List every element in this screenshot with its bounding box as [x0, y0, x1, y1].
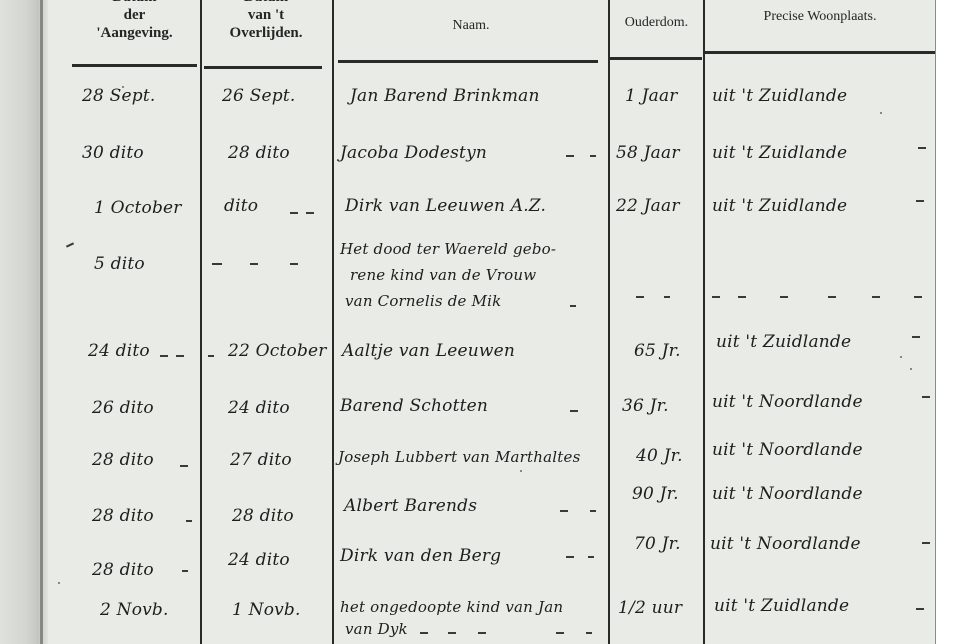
margin-mark: [66, 242, 74, 247]
filler-dash: [448, 632, 456, 634]
entry-6-naam: Barend Schotten: [340, 396, 488, 416]
filler-dash: [590, 510, 596, 512]
entry-10-naam-line-1: het ongedoopte kind van Jan: [340, 598, 563, 616]
entry-9-woonplaats: uit 't Noordlande: [710, 534, 861, 554]
filler-dash: [712, 296, 720, 298]
filler-dash: [570, 410, 578, 412]
entry-10-woonplaats: uit 't Zuidlande: [714, 596, 849, 616]
entry-9-ouderdom: 70 Jr.: [634, 534, 681, 554]
filler-dash: [556, 632, 564, 634]
filler-dash: [922, 396, 930, 398]
entry-4-naam-line-1: Het dood ter Waereld gebo-: [340, 240, 556, 258]
paper-speck: [880, 112, 882, 114]
filler-dash: [916, 200, 924, 202]
entry-9-naam: Dirk van den Berg: [340, 546, 501, 566]
paper-speck: [520, 470, 522, 472]
filler-dash: [914, 296, 922, 298]
entry-3-ouderdom: 22 Jaar: [616, 196, 680, 216]
filler-dash: [636, 296, 644, 298]
entry-2-overlijden: 28 dito: [228, 143, 290, 163]
filler-dash: [738, 296, 746, 298]
filler-dash: [780, 296, 788, 298]
filler-dash: [208, 355, 214, 357]
header-line: van 't: [204, 6, 328, 24]
filler-dash: [916, 608, 924, 610]
entry-7-naam: Joseph Lubbert van Marthaltes: [338, 448, 580, 466]
entry-8-aangeving: 28 dito: [92, 506, 154, 526]
entry-4-aangeving: 5 dito: [94, 254, 145, 274]
filler-dash: [186, 520, 192, 522]
entry-4-naam-line-3: van Cornelis de Mik: [345, 292, 501, 310]
entry-2-naam: Jacoba Dodestyn: [340, 143, 487, 163]
header-underline-overlijden: [204, 66, 322, 69]
filler-dash: [306, 212, 314, 214]
header-line: Ouderdom.: [610, 14, 703, 32]
entry-8-woonplaats: uit 't Noordlande: [712, 484, 863, 504]
entry-5-ouderdom: 65 Jr.: [634, 341, 681, 361]
entry-7-aangeving: 28 dito: [92, 450, 154, 470]
entry-2-ouderdom: 58 Jaar: [616, 143, 680, 163]
entry-4-naam-line-2: rene kind van de Vrouw: [350, 266, 536, 284]
filler-dash: [566, 155, 574, 157]
paper-speck: [122, 86, 124, 88]
filler-dash: [290, 263, 298, 265]
filler-dash: [872, 296, 880, 298]
entry-5-naam: Aaltje van Leeuwen: [342, 341, 515, 361]
entry-1-overlijden: 26 Sept.: [222, 86, 295, 106]
filler-dash: [590, 155, 596, 157]
filler-dash: [290, 212, 298, 214]
column-divider-3: [608, 0, 610, 644]
header-underline-aangeving: [72, 64, 197, 67]
header-datum-overlijden: Datum van 't Overlijden.: [204, 0, 328, 42]
entry-5-woonplaats: uit 't Zuidlande: [716, 332, 851, 352]
filler-dash: [922, 542, 930, 544]
entry-7-overlijden: 27 dito: [230, 450, 292, 470]
entry-6-woonplaats: uit 't Noordlande: [712, 392, 863, 412]
filler-dash: [828, 296, 836, 298]
page-right-edge: [935, 0, 936, 644]
paper-speck: [900, 356, 902, 358]
entry-6-overlijden: 24 dito: [228, 398, 290, 418]
header-naam: Naam.: [336, 17, 606, 35]
header-underline-woonplaats: [705, 51, 935, 54]
entry-10-ouderdom: 1/2 uur: [618, 598, 682, 618]
header-precise-woonplaats: Precise Woonplaats.: [705, 8, 935, 26]
filler-dash: [566, 556, 574, 558]
entry-5-aangeving: 24 dito: [88, 341, 150, 361]
filler-dash: [570, 305, 576, 307]
entry-7-woonplaats: uit 't Noordlande: [712, 440, 863, 460]
entry-8-naam: Albert Barends: [344, 496, 477, 516]
entry-6-aangeving: 26 dito: [92, 398, 154, 418]
binding-fold-line: [40, 0, 43, 644]
entry-7-ouderdom: 40 Jr.: [636, 446, 683, 466]
entry-2-woonplaats: uit 't Zuidlande: [712, 143, 847, 163]
column-divider-4: [703, 0, 705, 644]
filler-dash: [250, 263, 258, 265]
header-line: der: [72, 6, 197, 24]
filler-dash: [182, 570, 188, 572]
filler-dash: [586, 632, 592, 634]
header-line: 'Aangeving.: [72, 24, 197, 42]
entry-1-naam: Jan Barend Brinkman: [350, 86, 540, 106]
filler-dash: [160, 355, 168, 357]
entry-3-aangeving: 1 October: [94, 198, 182, 218]
column-divider-1: [200, 0, 202, 644]
paper-speck: [58, 582, 60, 584]
filler-dash: [176, 355, 184, 357]
entry-10-overlijden: 1 Novb.: [232, 600, 301, 620]
entry-1-woonplaats: uit 't Zuidlande: [712, 86, 847, 106]
header-line: Precise Woonplaats.: [705, 8, 935, 26]
register-page: Datum der 'Aangeving. Datum van 't Overl…: [0, 0, 935, 644]
entry-8-ouderdom: 90 Jr.: [632, 484, 679, 504]
filler-dash: [918, 147, 926, 149]
filler-dash: [664, 296, 670, 298]
paper-speck: [910, 368, 912, 370]
header-underline-naam: [338, 60, 598, 63]
entry-10-naam-line-2: van Dyk: [345, 620, 408, 638]
entry-3-overlijden: dito: [224, 196, 258, 216]
header-line: Naam.: [336, 17, 606, 35]
entry-3-woonplaats: uit 't Zuidlande: [712, 196, 847, 216]
filler-dash: [212, 263, 222, 265]
entry-1-ouderdom: 1 Jaar: [625, 86, 678, 106]
filler-dash: [478, 632, 486, 634]
header-ouderdom: Ouderdom.: [610, 14, 703, 32]
header-line: Overlijden.: [204, 24, 328, 42]
entry-2-aangeving: 30 dito: [82, 143, 144, 163]
entry-3-naam: Dirk van Leeuwen A.Z.: [345, 196, 546, 216]
header-datum-aangeving: Datum der 'Aangeving.: [72, 0, 197, 42]
filler-dash: [588, 556, 594, 558]
entry-10-aangeving: 2 Novb.: [100, 600, 169, 620]
entry-1-aangeving: 28 Sept.: [82, 86, 155, 106]
entry-5-overlijden: 22 October: [228, 341, 327, 361]
column-divider-2: [332, 0, 334, 644]
entry-9-overlijden: 24 dito: [228, 550, 290, 570]
filler-dash: [180, 465, 188, 467]
filler-dash: [912, 336, 920, 338]
entry-6-ouderdom: 36 Jr.: [622, 396, 669, 416]
header-underline-ouderdom: [610, 57, 702, 60]
filler-dash: [560, 510, 568, 512]
filler-dash: [420, 632, 428, 634]
entry-9-aangeving: 28 dito: [92, 560, 154, 580]
entry-8-overlijden: 28 dito: [232, 506, 294, 526]
